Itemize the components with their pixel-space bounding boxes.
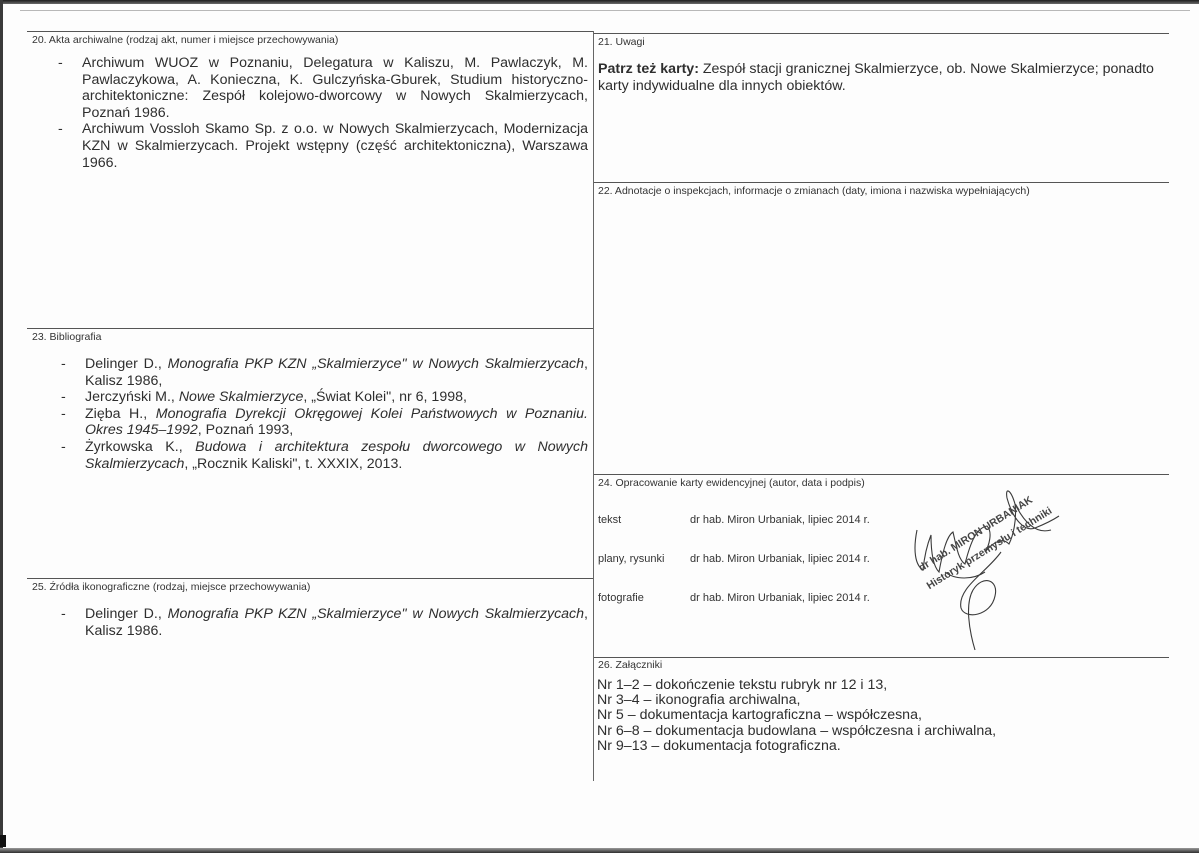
list-dash: -	[58, 121, 63, 138]
signature-stamp: dr hab. MIRON URBANIAK Historyk przemysł…	[895, 480, 1065, 660]
rule-section-22	[593, 182, 1169, 183]
attachment-item: Nr 6–8 – dokumentacja budowlana – współc…	[597, 724, 996, 739]
iconographic-sources-list: - Delinger D., Monografia PKP KZN „Skalm…	[85, 606, 588, 639]
scan-mark	[0, 835, 6, 847]
section-24-label: 24. Opracowanie karty ewidencyjnej (auto…	[598, 477, 865, 489]
entry-author: Delinger D.,	[85, 606, 168, 622]
bibliography-entry: - Zięba H., Monografia Dyrekcji Okręgowe…	[85, 406, 588, 439]
attachment-item: Nr 9–13 – dokumentacja fotograficzna.	[597, 739, 996, 754]
section-20-label: 20. Akta archiwalne (rodzaj akt, numer i…	[32, 34, 338, 46]
evidence-card-page: 20. Akta archiwalne (rodzaj akt, numer i…	[0, 0, 1199, 853]
attachments-list: Nr 1–2 – dokończenie tekstu rubryk nr 12…	[597, 678, 996, 754]
author-row-text: tekstdr hab. Miron Urbaniak, lipiec 2014…	[598, 514, 870, 526]
archive-entry-text: Archiwum Vossloh Skamo Sp. z o.o. w Nowy…	[82, 121, 588, 170]
entry-author: Jerczyński M.,	[85, 389, 179, 405]
rule-section-20	[27, 31, 593, 32]
section-23-label: 23. Bibliografia	[32, 331, 101, 343]
archive-entry: - Archiwum Vossloh Skamo Sp. z o.o. w No…	[82, 121, 588, 171]
section-21-remarks: Patrz też karty: Zespół stacji graniczne…	[598, 61, 1168, 94]
section-22-label: 22. Adnotacje o inspekcjach, informacje …	[598, 185, 1030, 197]
section-25-label: 25. Źródła ikonograficzne (rodzaj, miejs…	[32, 581, 310, 593]
entry-author: Delinger D.,	[85, 356, 168, 372]
author-role: plany, rysunki	[598, 553, 690, 565]
rule-section-24	[593, 474, 1169, 475]
scan-edge-bottom	[0, 848, 1199, 853]
section-21-label: 21. Uwagi	[598, 36, 645, 48]
author-value: dr hab. Miron Urbaniak, lipiec 2014 r.	[690, 553, 870, 565]
author-value: dr hab. Miron Urbaniak, lipiec 2014 r.	[690, 514, 870, 526]
archive-entry-text: Archiwum WUOZ w Poznaniu, Delegatura w K…	[82, 55, 588, 121]
rule-section-21	[593, 33, 1169, 34]
entry-rest: , „Rocznik Kaliski", t. XXXIX, 2013.	[184, 456, 402, 472]
remarks-lead: Patrz też karty:	[598, 61, 699, 77]
scan-edge-left	[0, 0, 3, 853]
entry-rest: , „Świat Kolei", nr 6, 1998,	[303, 389, 467, 405]
entry-title: Monografia Dyrekcji Okręgowej Kolei Pańs…	[85, 406, 588, 439]
rule-section-26	[593, 657, 1169, 658]
iconographic-entry: - Delinger D., Monografia PKP KZN „Skalm…	[85, 606, 588, 639]
column-divider	[593, 31, 594, 781]
rule-section-23	[27, 328, 593, 329]
list-dash: -	[61, 389, 66, 406]
entry-title: Monografia PKP KZN „Skalmierzyce" w Nowy…	[168, 606, 584, 622]
section-26-label: 26. Załączniki	[598, 659, 662, 671]
bibliography-entry: - Delinger D., Monografia PKP KZN „Skalm…	[85, 356, 588, 389]
scan-edge-top	[0, 0, 1199, 4]
list-dash: -	[61, 406, 66, 423]
author-role: tekst	[598, 514, 690, 526]
entry-rest: , Poznań 1993,	[198, 422, 293, 438]
list-dash: -	[61, 606, 66, 623]
bibliography-entry: - Żyrkowska K., Budowa i architektura ze…	[85, 439, 588, 472]
entry-author: Żyrkowska K.,	[85, 439, 195, 455]
entry-title: Nowe Skalmierzyce	[179, 389, 304, 405]
bibliography-list: - Delinger D., Monografia PKP KZN „Skalm…	[85, 356, 588, 472]
entry-title: Monografia PKP KZN „Skalmierzyce" w Nowy…	[168, 356, 584, 372]
list-dash: -	[61, 356, 66, 373]
author-role: fotografie	[598, 592, 690, 604]
author-value: dr hab. Miron Urbaniak, lipiec 2014 r.	[690, 592, 870, 604]
attachment-item: Nr 1–2 – dokończenie tekstu rubryk nr 12…	[597, 678, 996, 693]
list-dash: -	[58, 55, 63, 72]
archive-entry: - Archiwum WUOZ w Poznaniu, Delegatura w…	[82, 55, 588, 121]
scan-artifact-line	[20, 10, 1190, 11]
attachment-item: Nr 3–4 – ikonografia archiwalna,	[597, 693, 996, 708]
bibliography-entry: - Jerczyński M., Nowe Skalmierzyce, „Świ…	[85, 389, 588, 406]
author-row-plans: plany, rysunkidr hab. Miron Urbaniak, li…	[598, 553, 870, 565]
entry-author: Zięba H.,	[85, 406, 156, 422]
section-20-entries: - Archiwum WUOZ w Poznaniu, Delegatura w…	[82, 55, 588, 171]
list-dash: -	[61, 439, 66, 456]
attachment-item: Nr 5 – dokumentacja kartograficzna – wsp…	[597, 708, 996, 723]
rule-section-25	[27, 578, 593, 579]
author-row-photos: fotografiedr hab. Miron Urbaniak, lipiec…	[598, 592, 870, 604]
